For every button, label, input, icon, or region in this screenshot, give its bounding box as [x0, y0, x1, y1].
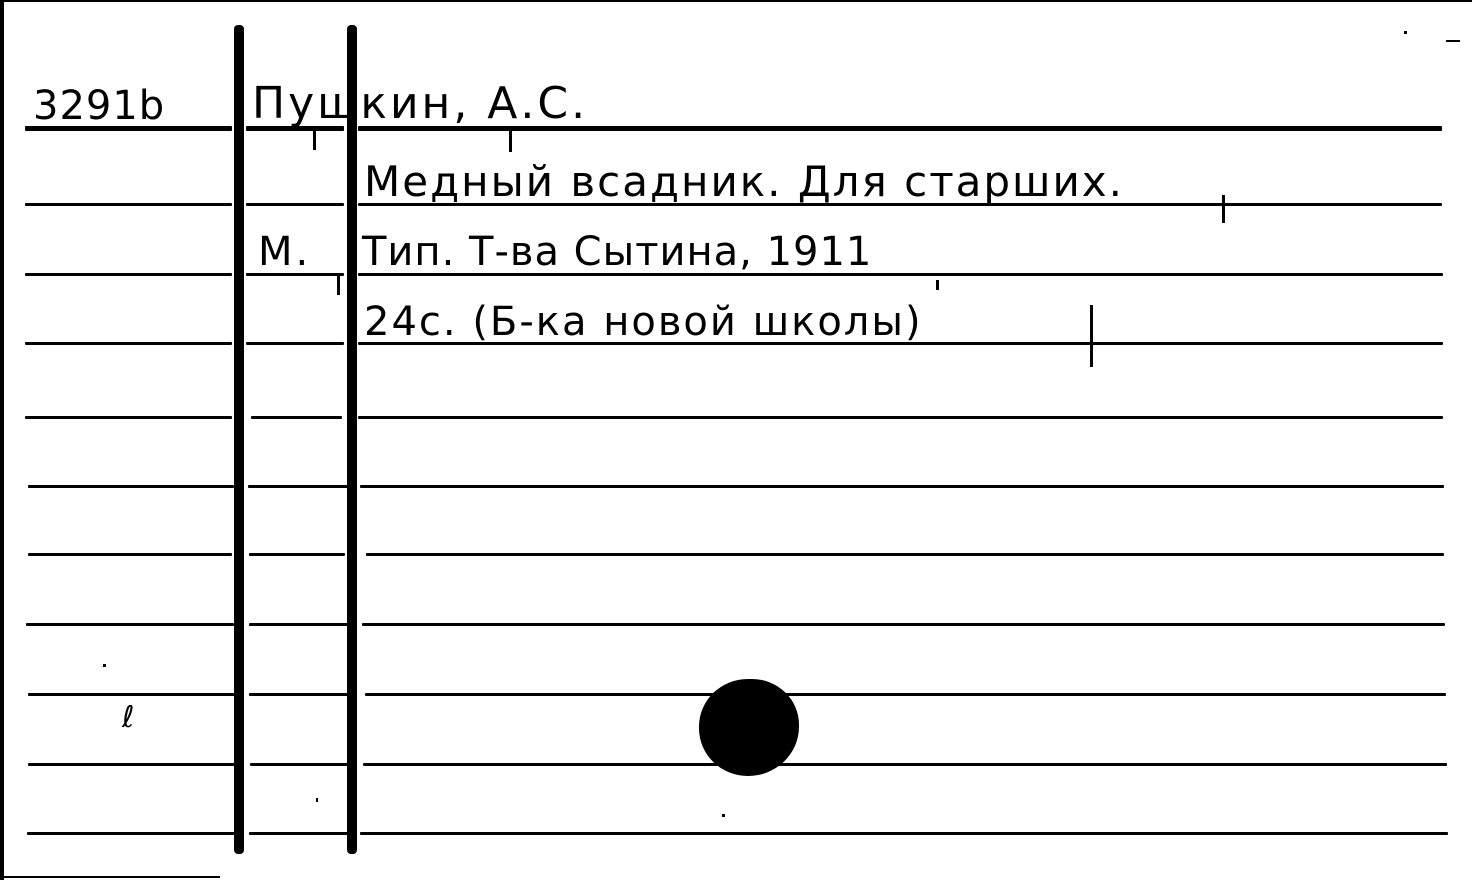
call-number: 3291b — [33, 86, 165, 126]
ruled-line — [27, 832, 238, 835]
ruled-line — [246, 342, 344, 345]
card-bottom-edge — [0, 876, 220, 878]
extent-series-line: 24с. (Б-ка новой школы) — [364, 302, 923, 342]
ink-speck — [103, 664, 106, 667]
ink-speck — [722, 814, 725, 817]
ruled-line — [366, 553, 1444, 556]
card-top-edge — [0, 0, 1472, 2]
author-heading: Пушкин, А.С. — [252, 82, 588, 126]
ruled-line — [362, 623, 1445, 626]
card-left-edge — [0, 0, 4, 880]
ruled-line — [248, 485, 348, 488]
ruled-line — [28, 763, 236, 766]
ruled-line — [365, 693, 1446, 696]
place-of-publication: М. — [258, 232, 311, 272]
ruled-line — [28, 485, 234, 488]
ruled-line — [250, 763, 352, 766]
ink-speck — [1446, 40, 1460, 42]
ruled-line — [249, 623, 350, 626]
ruled-line — [249, 693, 350, 696]
ruled-line — [25, 416, 232, 419]
ink-speck — [1404, 31, 1407, 34]
ink-speck — [1090, 305, 1093, 367]
ruled-line — [25, 342, 232, 345]
punch-hole — [699, 679, 799, 776]
ink-speck — [313, 130, 316, 150]
ruled-line — [26, 623, 234, 626]
ruled-line — [249, 832, 352, 835]
publisher-line: Тип. Т-ва Сытина, 1911 — [362, 232, 872, 272]
ruled-line — [25, 273, 232, 276]
ink-speck — [509, 130, 512, 152]
ruled-line — [251, 416, 342, 419]
ruled-line — [358, 416, 1443, 419]
ink-speck — [1222, 195, 1225, 223]
ruled-line — [246, 203, 344, 206]
stray-mark: ℓ — [122, 703, 135, 733]
ruled-line — [249, 553, 345, 556]
ink-speck — [316, 798, 318, 802]
ruled-line — [25, 203, 232, 206]
ruled-line — [28, 693, 235, 696]
ruled-line — [28, 553, 232, 556]
ruled-line — [363, 763, 1447, 766]
ink-speck — [936, 280, 939, 290]
ink-speck — [337, 275, 340, 295]
title-line: Медный всадник. Для старших. — [364, 161, 1124, 203]
column-divider-left — [234, 25, 244, 854]
column-divider-right — [347, 25, 357, 854]
ruled-line — [360, 485, 1444, 488]
ruled-line — [360, 832, 1448, 835]
catalog-card: 3291b Пушкин, А.С. Медный всадник. Для с… — [0, 0, 1472, 880]
